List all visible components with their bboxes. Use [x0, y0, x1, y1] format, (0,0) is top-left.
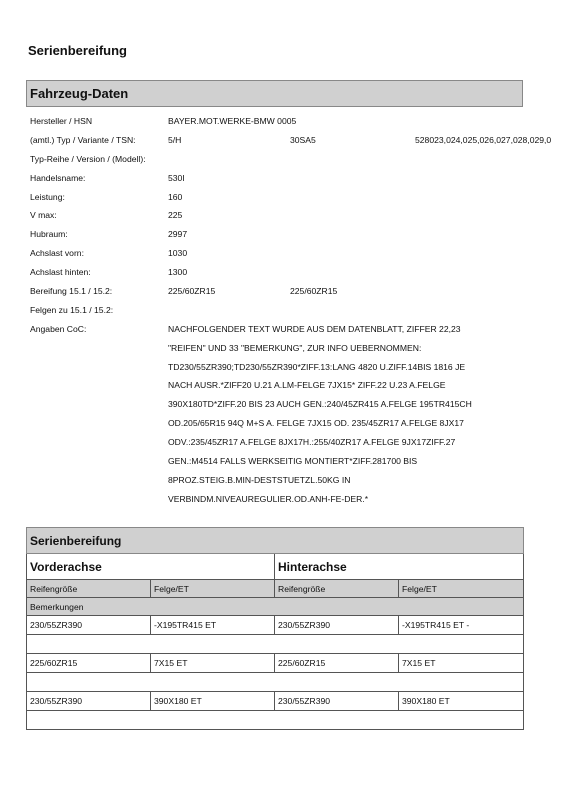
field-label: Hubraum: — [30, 228, 68, 240]
field-row-hubraum: Hubraum: 2997 — [30, 228, 565, 247]
remark-row — [27, 711, 524, 730]
field-label: Felgen zu 15.1 / 15.2: — [30, 304, 113, 316]
table-cell: 230/55ZR390 — [27, 692, 151, 711]
field-row-achslast-vorn: Achslast vorn: 1030 — [30, 247, 565, 266]
field-value: 5/H — [168, 134, 181, 146]
field-row-hersteller: Hersteller / HSN BAYER.MOT.WERKE-BMW 000… — [30, 115, 565, 134]
field-row-typ-reihe: Typ-Reihe / Version / (Modell): — [30, 153, 565, 172]
table-cell: 7X15 ET — [399, 654, 524, 673]
vehicle-fields: Hersteller / HSN BAYER.MOT.WERKE-BMW 000… — [30, 115, 565, 342]
front-axle-header: Vorderachse — [27, 554, 275, 580]
tire-table-title-row: Serienbereifung — [27, 528, 524, 554]
field-value-2: 225/60ZR15 — [290, 285, 337, 297]
column-header: Reifengröße — [27, 580, 151, 598]
table-row: 225/60ZR15 7X15 ET 225/60ZR15 7X15 ET — [27, 654, 524, 673]
field-label: (amtl.) Typ / Variante / TSN: — [30, 134, 136, 146]
rear-axle-header: Hinterachse — [275, 554, 524, 580]
remark-cell — [27, 635, 524, 654]
field-label: V max: — [30, 209, 57, 221]
field-label: Leistung: — [30, 191, 65, 203]
coc-line: "REIFEN" UND 33 "BEMERKUNG", ZUR INFO UE… — [168, 342, 472, 361]
field-value: 2997 — [168, 228, 187, 240]
field-value: 225 — [168, 209, 182, 221]
remark-cell — [27, 673, 524, 692]
coc-line: VERBINDM.NIVEAUREGULIER.OD.ANH-FE-DER.* — [168, 493, 472, 512]
vehicle-data-title: Fahrzeug-Daten — [30, 86, 128, 101]
field-row-handelsname: Handelsname: 530I — [30, 172, 565, 191]
column-header: Felge/ET — [399, 580, 524, 598]
field-label: Hersteller / HSN — [30, 115, 92, 127]
coc-line: NACH AUSR.*ZIFF20 U.21 A.LM-FELGE 7JX15*… — [168, 379, 472, 398]
field-row-bereifung: Bereifung 15.1 / 15.2: 225/60ZR15 225/60… — [30, 285, 565, 304]
coc-text: NACHFOLGENDER TEXT WURDE AUS DEM DATENBL… — [168, 323, 472, 512]
axle-header-row: Vorderachse Hinterachse — [27, 554, 524, 580]
coc-line: 390X180TD*ZIFF.20 BIS 23 AUCH GEN.:240/4… — [168, 398, 472, 417]
remarks-header-row: Bemerkungen — [27, 598, 524, 616]
tire-table: Serienbereifung Vorderachse Hinterachse … — [26, 527, 524, 730]
table-cell: 390X180 ET — [399, 692, 524, 711]
table-cell: 225/60ZR15 — [275, 654, 399, 673]
field-label: Achslast hinten: — [30, 266, 91, 278]
tire-table-title: Serienbereifung — [27, 528, 524, 554]
remarks-header: Bemerkungen — [27, 598, 524, 616]
table-cell: 225/60ZR15 — [27, 654, 151, 673]
remark-row — [27, 635, 524, 654]
column-header: Felge/ET — [151, 580, 275, 598]
field-value: BAYER.MOT.WERKE-BMW 0005 — [168, 115, 296, 127]
table-cell: -X195TR415 ET — [151, 616, 275, 635]
table-cell: 390X180 ET — [151, 692, 275, 711]
table-row: 230/55ZR390 390X180 ET 230/55ZR390 390X1… — [27, 692, 524, 711]
coc-line: OD.205/65R15 94Q M+S A. FELGE 7JX15 OD. … — [168, 417, 472, 436]
field-label: Handelsname: — [30, 172, 85, 184]
field-row-achslast-hinten: Achslast hinten: 1300 — [30, 266, 565, 285]
field-label: Achslast vorn: — [30, 247, 84, 259]
field-row-leistung: Leistung: 160 — [30, 191, 565, 210]
field-value-2: 30SA5 — [290, 134, 316, 146]
table-cell: 7X15 ET — [151, 654, 275, 673]
coc-label: Angaben CoC: — [30, 323, 86, 335]
coc-line: GEN.:M4514 FALLS WERKSEITIG MONTIERT*ZIF… — [168, 455, 472, 474]
vehicle-data-section-header: Fahrzeug-Daten — [26, 80, 523, 107]
coc-line: 8PROZ.STEIG.B.MIN-DESTSTUETZL.50KG IN — [168, 474, 472, 493]
field-value: 530I — [168, 172, 185, 184]
table-cell: 230/55ZR390 — [27, 616, 151, 635]
field-value: 225/60ZR15 — [168, 285, 215, 297]
coc-line: TD230/55ZR390;TD230/55ZR390*ZIFF.13:LANG… — [168, 361, 472, 380]
field-label: Bereifung 15.1 / 15.2: — [30, 285, 112, 297]
table-cell: -X195TR415 ET - — [399, 616, 524, 635]
field-value: 1030 — [168, 247, 187, 259]
field-value: 160 — [168, 191, 182, 203]
field-row-vmax: V max: 225 — [30, 209, 565, 228]
coc-line: ODV.:235/45ZR17 A.FELGE 8JX17H.:255/40ZR… — [168, 436, 472, 455]
column-header-row: Reifengröße Felge/ET Reifengröße Felge/E… — [27, 580, 524, 598]
field-row-typ: (amtl.) Typ / Variante / TSN: 5/H 30SA5 … — [30, 134, 565, 153]
field-label: Typ-Reihe / Version / (Modell): — [30, 153, 146, 165]
field-value: 1300 — [168, 266, 187, 278]
column-header: Reifengröße — [275, 580, 399, 598]
remark-cell — [27, 711, 524, 730]
table-cell: 230/55ZR390 — [275, 692, 399, 711]
field-value-3: 528023,024,025,026,027,028,029,0 — [415, 134, 551, 146]
page-title: Serienbereifung — [28, 43, 127, 58]
remark-row — [27, 673, 524, 692]
field-row-coc: Angaben CoC: NACHFOLGENDER TEXT WURDE AU… — [30, 323, 565, 342]
field-row-felgen: Felgen zu 15.1 / 15.2: — [30, 304, 565, 323]
coc-line: NACHFOLGENDER TEXT WURDE AUS DEM DATENBL… — [168, 323, 472, 342]
table-row: 230/55ZR390 -X195TR415 ET 230/55ZR390 -X… — [27, 616, 524, 635]
table-cell: 230/55ZR390 — [275, 616, 399, 635]
